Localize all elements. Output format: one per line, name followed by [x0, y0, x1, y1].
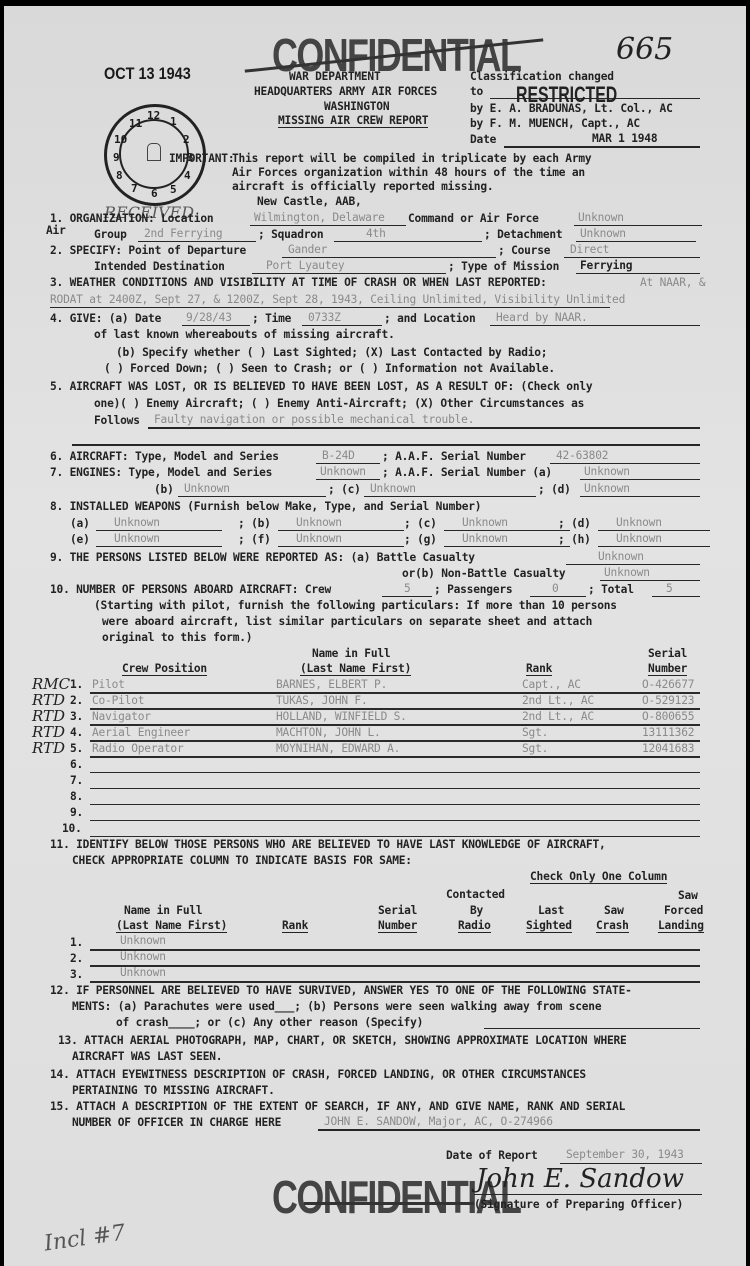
- document-page: CONFIDENTIAL 665 OCT 13 1943 WAR DEPARTM…: [4, 6, 746, 1266]
- aircraft-serial-label: ; A.A.F. Serial Number: [382, 450, 526, 463]
- row-line: [90, 981, 700, 983]
- row-line: [90, 772, 700, 773]
- course-value: Direct: [570, 243, 609, 256]
- header-text: (Last Name First): [116, 919, 227, 933]
- attach-search-line-1: 15. ATTACH A DESCRIPTION OF THE EXTENT O…: [50, 1100, 625, 1113]
- destination-value: Port Lyautey: [266, 259, 344, 272]
- field-line: [334, 241, 482, 242]
- battle-casualty-value: Unknown: [598, 550, 644, 563]
- field-line: [278, 530, 404, 531]
- group-label: Group: [94, 228, 127, 241]
- witness-name: Unknown: [120, 934, 166, 947]
- report-title: MISSING AIR CREW REPORT: [278, 114, 428, 128]
- weapon-letter: ; (g): [404, 533, 437, 546]
- header-text: Rank: [282, 919, 308, 933]
- crew-count: 5: [404, 582, 411, 595]
- engine-type-value: Unknown: [320, 465, 366, 478]
- weapon-value: Unknown: [462, 516, 508, 529]
- weapon-letter: (e): [70, 533, 90, 546]
- header-text: By: [470, 904, 483, 917]
- detachment-label: ; Detachment: [484, 228, 562, 241]
- row-line: [90, 836, 700, 837]
- date-line: [504, 146, 700, 148]
- row-number: 10.: [62, 822, 82, 835]
- total-count: 5: [666, 582, 673, 595]
- attach-eyewitness-line-1: 14. ATTACH EYEWITNESS DESCRIPTION OF CRA…: [50, 1068, 586, 1081]
- field-line: [316, 463, 380, 464]
- weapon-letter: ; (f): [238, 533, 271, 546]
- passengers-label: ; Passengers: [434, 583, 512, 596]
- crew-position: Radio Operator: [92, 742, 184, 755]
- detachment-value: Unknown: [580, 227, 626, 240]
- date-label: Date: [470, 133, 496, 146]
- field-line: [72, 444, 700, 446]
- total-label: ; Total: [588, 583, 634, 596]
- crew-rank: Capt., AC: [522, 678, 581, 691]
- destination-label: Intended Destination: [94, 260, 225, 273]
- air-note: Air: [46, 224, 66, 237]
- field-line: [566, 564, 700, 565]
- weapon-value: Unknown: [462, 532, 508, 545]
- weapon-value: Unknown: [114, 532, 160, 545]
- weapon-value: Unknown: [616, 516, 662, 529]
- to-label: to: [470, 85, 483, 98]
- attach-photo-line-2: AIRCRAFT WAS LAST SEEN.: [72, 1050, 222, 1063]
- time-value: 0733Z: [308, 311, 341, 324]
- date-of-report-label: Date of Report: [446, 1149, 538, 1162]
- crew-position: Navigator: [92, 710, 151, 723]
- header-text: Landing: [658, 919, 704, 933]
- field-line: [598, 530, 710, 531]
- header-text: Name in Full: [124, 904, 202, 917]
- crew-serial: O-800655: [642, 710, 694, 723]
- row-number: 4.: [70, 726, 83, 739]
- witness-name: Unknown: [120, 950, 166, 963]
- row-number: 5.: [70, 742, 83, 755]
- field-line: [530, 596, 586, 597]
- header-text: Crash: [596, 919, 629, 933]
- follows-label: Follows: [94, 414, 140, 427]
- date-received-stamp: OCT 13 1943: [104, 64, 191, 84]
- weapon-value: Unknown: [296, 532, 342, 545]
- crew-serial: O-426677: [642, 678, 694, 691]
- crew-position: Pilot: [92, 678, 125, 691]
- weapon-letter: (a): [70, 517, 90, 530]
- persons-note: were aboard aircraft, list similar parti…: [102, 615, 592, 628]
- crew-header-serial: Number: [648, 662, 687, 676]
- give-line-3: (b) Specify whether ( ) Last Sighted; (X…: [116, 346, 547, 359]
- persons-aboard-label: 10. NUMBER OF PERSONS ABOARD AIRCRAFT: C…: [50, 583, 331, 596]
- crew-header-name: (Last Name First): [300, 662, 411, 676]
- squadron-value: 4th: [366, 227, 386, 240]
- field-line: [564, 257, 700, 258]
- crew-name: BARNES, ELBERT P.: [276, 678, 387, 691]
- changed-by-2: by F. M. MUENCH, Capt., AC: [470, 117, 640, 130]
- header-text: Saw: [604, 904, 624, 917]
- header-text: Sighted: [526, 919, 572, 933]
- weapon-letter: ; (b): [238, 517, 271, 530]
- weapon-value: Unknown: [616, 532, 662, 545]
- field-line: [318, 1129, 700, 1131]
- follows-value: Faulty navigation or possible mechanical…: [154, 413, 474, 426]
- row-line: [90, 756, 700, 758]
- weapon-value: Unknown: [296, 516, 342, 529]
- survived-line-2: MENTS: (a) Parachutes were used___; (b) …: [72, 1000, 601, 1013]
- signature-line: [474, 1194, 702, 1195]
- course-label: ; Course: [498, 244, 550, 257]
- witness-name: Unknown: [120, 966, 166, 979]
- weapon-letter: ; (h): [558, 533, 591, 546]
- row-number: 9.: [70, 806, 83, 819]
- field-line: [484, 1028, 700, 1029]
- identify-line-1: 11. IDENTIFY BELOW THOSE PERSONS WHO ARE…: [50, 838, 606, 851]
- header-text: Last: [538, 904, 564, 917]
- crew-position: Co-Pilot: [92, 694, 144, 707]
- field-line: [178, 496, 326, 497]
- lost-reason-line-2: one)( ) Enemy Aircraft; ( ) Enemy Anti-A…: [94, 397, 584, 410]
- row-number: 2.: [70, 694, 83, 707]
- crew-rank: 2nd Lt., AC: [522, 694, 594, 707]
- crew-position: Aerial Engineer: [92, 726, 190, 739]
- field-line: [580, 479, 700, 480]
- hq-title: HEADQUARTERS ARMY AIR FORCES: [254, 85, 437, 98]
- inclosure-note: Incl #7: [43, 1220, 127, 1256]
- survived-line-1: 12. IF PERSONNEL ARE BELIEVED TO HAVE SU…: [50, 984, 632, 997]
- row-line: [90, 692, 700, 694]
- mission-label: ; Type of Mission: [448, 260, 559, 273]
- officer-in-charge: JOHN E. SANDOW, Major, AC, O-274966: [324, 1115, 553, 1128]
- weapon-letter: ; (d): [558, 517, 591, 530]
- crew-serial: 13111362: [642, 726, 694, 739]
- field-line: [580, 496, 700, 497]
- date-value: MAR 1 1948: [592, 132, 657, 145]
- row-number: 6.: [70, 758, 83, 771]
- changed-by-1: by E. A. BRADUNAS, Lt. Col., AC: [470, 102, 673, 115]
- header-text: Saw: [678, 889, 698, 902]
- handwritten-status-mark: RTD: [32, 739, 65, 757]
- aircraft-type-value: B-24D: [322, 449, 355, 462]
- row-line: [90, 804, 700, 805]
- engine-serial-label: ; A.A.F. Serial Number (a): [382, 466, 552, 479]
- strikethrough-line: [304, 1202, 474, 1205]
- departure-value: Gander: [288, 243, 327, 256]
- nonbattle-value: Unknown: [604, 566, 650, 579]
- signature: John E. Sandow: [476, 1164, 684, 1194]
- crew-name: HOLLAND, WINFIELD S.: [276, 710, 407, 723]
- give-line-4: ( ) Forced Down; ( ) Seen to Crash; or (…: [104, 362, 555, 375]
- header-text: Radio: [458, 919, 491, 933]
- weapons-label: 8. INSTALLED WEAPONS (Furnish below Make…: [50, 500, 481, 513]
- row-number: 3.: [70, 968, 83, 981]
- row-number: 1.: [70, 678, 83, 691]
- field-line: [278, 546, 404, 547]
- time-label: ; Time: [252, 312, 291, 325]
- attach-photo-line-1: 13. ATTACH AERIAL PHOTOGRAPH, MAP, CHART…: [58, 1034, 627, 1047]
- field-line: [316, 479, 380, 480]
- signature-label: (Signature of Preparing Officer): [474, 1198, 683, 1211]
- row-line: [90, 820, 700, 821]
- field-line: [598, 546, 710, 547]
- identify-line-2: CHECK APPROPRIATE COLUMN TO INDICATE BAS…: [72, 854, 412, 867]
- weapon-value: Unknown: [114, 516, 160, 529]
- field-line: [574, 225, 702, 226]
- field-line: [182, 325, 250, 326]
- attach-eyewitness-line-2: PERTAINING TO MISSING AIRCRAFT.: [72, 1084, 275, 1097]
- field-line: [576, 273, 700, 274]
- give-date-label: 4. GIVE: (a) Date: [50, 312, 161, 325]
- weather-value-2: RODAT at 2400Z, Sept 27, & 1200Z, Sept 2…: [50, 293, 625, 306]
- row-number: 7.: [70, 774, 83, 787]
- date-of-report-value: September 30, 1943: [566, 1148, 684, 1161]
- engine-serial-a: Unknown: [584, 465, 630, 478]
- crew-rank: 2nd Lt., AC: [522, 710, 594, 723]
- command-value: Unknown: [578, 211, 624, 224]
- field-line: [576, 241, 696, 242]
- passengers-count: 0: [552, 582, 559, 595]
- header-text: Serial: [378, 904, 417, 917]
- casualty-label: 9. THE PERSONS LISTED BELOW WERE REPORTE…: [50, 551, 475, 564]
- crew-header-serial-top: Serial: [648, 647, 687, 660]
- important-text-line: Air Forces organization within 48 hours …: [232, 166, 585, 179]
- field-line: [252, 273, 446, 274]
- page-number: 665: [616, 32, 673, 67]
- nonbattle-label: or(b) Non-Battle Casualty: [402, 567, 565, 580]
- weapon-letter: ; (c): [404, 517, 437, 530]
- aircraft-type-label: 6. AIRCRAFT: Type, Model and Series: [50, 450, 279, 463]
- mission-value: Ferrying: [580, 259, 632, 272]
- survived-line-3: of crash____; or (c) Any other reason (S…: [116, 1016, 423, 1029]
- field-line: [444, 530, 570, 531]
- aircraft-icon: [147, 143, 161, 161]
- give-line-2: of last known whereabouts of missing air…: [94, 328, 395, 341]
- field-line: [282, 257, 496, 258]
- crew-header-rank: Rank: [526, 662, 552, 676]
- row-number: 3.: [70, 710, 83, 723]
- field-line: [96, 530, 222, 531]
- field-line: [652, 596, 700, 597]
- crew-header-name-top: Name in Full: [312, 647, 390, 660]
- row-number: 8.: [70, 790, 83, 803]
- row-line: [90, 788, 700, 789]
- engine-serial-b: Unknown: [184, 482, 230, 495]
- persons-note: original to this form.): [102, 631, 252, 644]
- field-line: [302, 325, 382, 326]
- give-date-value: 9/28/43: [186, 311, 232, 324]
- crew-rank: Sgt.: [522, 726, 548, 739]
- crew-serial: O-529123: [642, 694, 694, 707]
- crew-name: TUKAS, JOHN F.: [276, 694, 368, 707]
- group-value: 2nd Ferrying: [144, 227, 222, 240]
- crew-name: MOYNIHAN, EDWARD A.: [276, 742, 400, 755]
- city-title: WASHINGTON: [324, 100, 389, 113]
- location-value: Wilmington, Delaware: [254, 211, 385, 224]
- field-line: [600, 580, 700, 581]
- check-one-column-note: Check Only One Column: [530, 870, 667, 884]
- field-line: [148, 427, 700, 429]
- weather-value-1: At NAAR, &: [640, 276, 705, 289]
- crew-serial: 12041683: [642, 742, 694, 755]
- field-line: [364, 496, 536, 497]
- important-label: IMPORTANT:: [169, 152, 234, 165]
- important-text-line: aircraft is officially reported missing.: [232, 180, 493, 193]
- squadron-label: ; Squadron: [258, 228, 323, 241]
- field-line: [50, 307, 610, 308]
- location-prefix: New Castle, AAB,: [257, 195, 362, 208]
- row-number: 1.: [70, 936, 83, 949]
- lost-reason-line-1: 5. AIRCRAFT WAS LOST, OR IS BELIEVED TO …: [50, 380, 592, 393]
- weather-label: 3. WEATHER CONDITIONS AND VISIBILITY AT …: [50, 276, 547, 289]
- department-title: WAR DEPARTMENT: [289, 70, 381, 83]
- header-text: Number: [378, 919, 417, 933]
- crew-header-position: Crew Position: [122, 662, 207, 676]
- important-text-line: This report will be compiled in triplica…: [232, 152, 591, 165]
- row-number: 2.: [70, 952, 83, 965]
- org-label: 1. ORGANIZATION: Location: [50, 212, 213, 225]
- crew-name: MACHTON, JOHN L.: [276, 726, 381, 739]
- field-line: [382, 596, 432, 597]
- departure-label: 2. SPECIFY: Point of Departure: [50, 244, 246, 257]
- field-line: [250, 225, 406, 226]
- row-line: [90, 949, 700, 951]
- engines-label: 7. ENGINES: Type, Model and Series: [50, 466, 272, 479]
- engine-serial-c: Unknown: [370, 482, 416, 495]
- field-line: [444, 546, 570, 547]
- last-location-value: Heard by NAAR.: [496, 311, 588, 324]
- contacted-label: Contacted: [446, 888, 505, 901]
- row-line: [90, 965, 700, 967]
- crew-rank: Sgt.: [522, 742, 548, 755]
- last-location-label: ; and Location: [384, 312, 476, 325]
- aircraft-serial-value: 42-63802: [556, 449, 608, 462]
- attach-search-line-2: NUMBER OF OFFICER IN CHARGE HERE: [72, 1116, 281, 1129]
- field-line: [490, 325, 700, 326]
- command-label: Command or Air Force: [408, 212, 539, 225]
- persons-note: (Starting with pilot, furnish the follow…: [94, 599, 617, 612]
- engine-serial-d: Unknown: [584, 482, 630, 495]
- field-line: [550, 463, 700, 464]
- field-line: [138, 241, 256, 242]
- field-line: [96, 546, 222, 547]
- header-text: Forced: [664, 904, 703, 917]
